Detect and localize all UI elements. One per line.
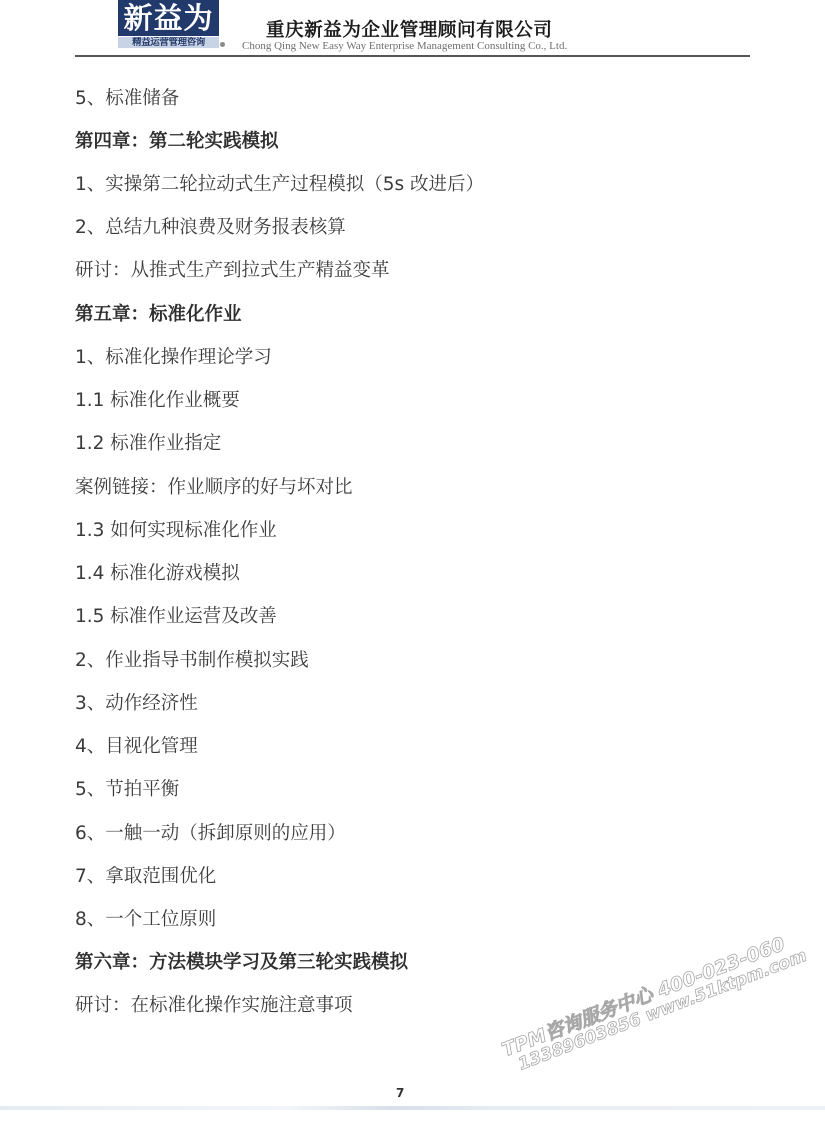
company-name-cn: 重庆新益为企业管理顾问有限公司: [266, 16, 553, 42]
outline-item: 8、一个工位原则: [75, 907, 216, 933]
chapter-heading: 第五章：标准化作业: [75, 302, 242, 328]
page-number: 7: [396, 1086, 404, 1100]
case-link-item: 案例链接：作业顺序的好与坏对比: [75, 475, 353, 501]
company-logo: 新益为 精益运营管理咨询: [118, 0, 219, 49]
chapter-heading: 第六章：方法模块学习及第三轮实践模拟: [75, 950, 408, 976]
outline-item: 1、实操第二轮拉动式生产过程模拟（5s 改进后）: [75, 172, 484, 198]
watermark: TPM咨询服务中心 400-023-060 13389603856 www.51…: [473, 891, 804, 1090]
page-header: 新益为 精益运营管理咨询 重庆新益为企业管理顾问有限公司 Chong Qing …: [0, 0, 825, 60]
outline-item: 1.2 标准作业指定: [75, 431, 221, 457]
discussion-item: 研讨：从推式生产到拉式生产精益变革: [75, 258, 390, 284]
outline-item: 1.5 标准作业运营及改善: [75, 604, 277, 630]
chapter-heading: 第四章：第二轮实践模拟: [75, 129, 279, 155]
outline-item: 1.1 标准化作业概要: [75, 388, 240, 414]
watermark-line-1: TPM咨询服务中心 400-023-060: [498, 929, 789, 1062]
logo-sub-text: 精益运营管理咨询: [118, 37, 219, 48]
header-divider: [75, 55, 750, 57]
outline-item: 4、目视化管理: [75, 734, 198, 760]
page-bottom-edge: [0, 1106, 825, 1110]
outline-item: 1、标准化操作理论学习: [75, 345, 272, 371]
outline-item: 6、一触一动（拆卸原则的应用）: [75, 821, 346, 847]
logo-main-text: 新益为: [118, 0, 219, 36]
outline-item: 5、节拍平衡: [75, 777, 179, 803]
outline-item: 3、动作经济性: [75, 691, 198, 717]
outline-item: 2、总结九种浪费及财务报表核算: [75, 215, 346, 241]
outline-item: 2、作业指导书制作模拟实践: [75, 648, 309, 674]
outline-item: 1.4 标准化游戏模拟: [75, 561, 240, 587]
watermark-line-2: 13389603856 www.51ktpm.com: [516, 946, 810, 1075]
outline-item: 5、标准储备: [75, 86, 179, 112]
discussion-item: 研讨：在标准化操作实施注意事项: [75, 993, 353, 1019]
logo-dot-icon: [220, 42, 225, 47]
company-name-en: Chong Qing New Easy Way Enterprise Manag…: [242, 40, 567, 52]
outline-item: 1.3 如何实现标准化作业: [75, 518, 277, 544]
outline-item: 7、拿取范围优化: [75, 864, 216, 890]
